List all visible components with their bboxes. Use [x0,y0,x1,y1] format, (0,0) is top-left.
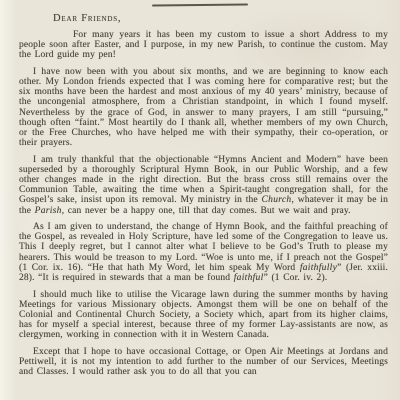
text-segment: I have now been with you about six month… [19,67,388,148]
letter-paragraphs: For many years it has been my custom to … [19,30,388,377]
italic-text: Church [262,195,292,205]
italic-text: Parish [35,206,62,216]
text-segment: , can never be a happy one, till that da… [62,206,351,216]
paragraph: For many years it has been my custom to … [19,30,388,60]
scanned-letter-page: Dear Friends, For many years it has been… [0,0,400,400]
salutation: Dear Friends, [53,13,388,24]
paragraph: As I am given to understand, the change … [19,222,388,283]
italic-text: faithful [234,273,264,283]
text-segment: ” (1 Cor. iv. 2). [264,273,328,283]
paragraph: I am truly thankful that the objectionab… [19,155,388,216]
paragraph: I have now been with you about six month… [19,67,388,148]
text-segment: For many years it has been my custom to … [19,30,388,60]
text-segment: Except that I hope to have occasional Co… [19,347,388,377]
paragraph: I should much like to utilise the Vicara… [19,290,388,341]
top-rule [152,3,248,6]
paragraph: Except that I hope to have occasional Co… [19,347,388,377]
text-segment: I should much like to utilise the Vicara… [19,290,388,341]
italic-text: faithfully [300,263,337,273]
letter-content: Dear Friends, For many years it has been… [19,13,388,384]
